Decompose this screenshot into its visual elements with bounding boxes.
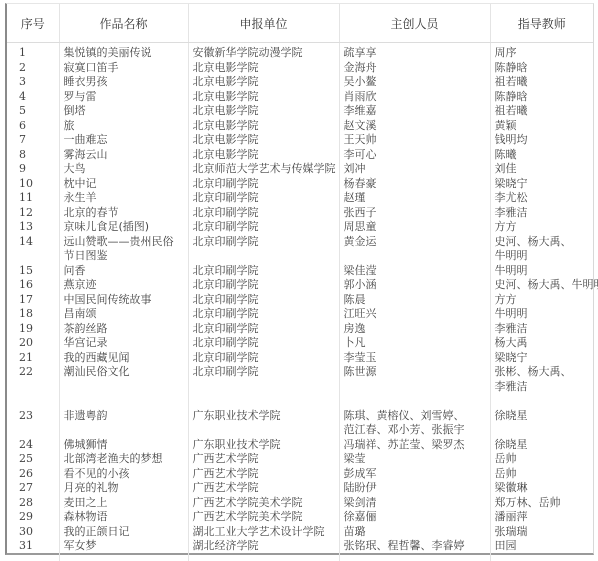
cell-title: 佛城狮情 [60, 438, 188, 453]
cell-unit: 广西艺术学院 [189, 452, 339, 467]
cell-advisors: 潘丽萍 [491, 510, 594, 525]
cell-title: 大鸟 [60, 162, 188, 177]
table-body-row: 1234567891011121314 1516171819202122 23 … [7, 43, 593, 561]
cell-no: 5 [7, 104, 59, 119]
cell-no: 18 [7, 307, 59, 322]
awards-table-frame: 序号 作品名称 申报单位 主创人员 指导教师 12345678910111213… [5, 3, 594, 555]
cell-advisors: 田园 [491, 539, 594, 554]
cell-advisors: 岳帅 [491, 452, 594, 467]
column-creators: 疏享享金海舟吴小鳌肖雨欣李维嘉赵文溪王天帅李可心刘冲杨春豪赵瑾张西子周思童黄金运… [339, 43, 490, 561]
cell-unit: 北京电影学院 [189, 75, 339, 90]
cell-advisors: 徐晓星 [491, 409, 594, 424]
cell-no: 12 [7, 206, 59, 221]
cell-creators: 李可心 [340, 148, 490, 163]
cell-title: 看不见的小孩 [60, 467, 188, 482]
cell-creators: 陈琪、黄榕仪、刘雪婷、 [340, 409, 490, 424]
cell-title: 昌南颂 [60, 307, 188, 322]
header-advisors: 指导教师 [490, 4, 593, 43]
cell-no: 29 [7, 510, 59, 525]
cell-no: 31 [7, 539, 59, 554]
cell-no: 10 [7, 177, 59, 192]
cell-advisors: 徐晓星 [491, 438, 594, 453]
cell-unit: 北京电影学院 [189, 90, 339, 105]
cell-title: 森林物语 [60, 510, 188, 525]
cell-no: 11 [7, 191, 59, 206]
cell-title: 节日图鉴 [60, 249, 188, 264]
cell-advisors: 祖若曦 [491, 104, 594, 119]
cell-creators [340, 249, 490, 264]
cell-advisors: 陈静晗 [491, 61, 594, 76]
cell-title: 潮汕民俗文化 [60, 365, 188, 380]
cell-unit: 北京印刷学院 [189, 235, 339, 250]
cell-title: 军女梦 [60, 539, 188, 554]
cell-no: 25 [7, 452, 59, 467]
cell-unit: 广西艺术学院 [189, 481, 339, 496]
cell-advisors: 李雅洁 [491, 322, 594, 337]
cell-no: 23 [7, 409, 59, 424]
header-creators: 主创人员 [339, 4, 490, 43]
header-no: 序号 [7, 4, 59, 43]
column-unit: 安徽新华学院动漫学院北京电影学院北京电影学院北京电影学院北京电影学院北京电影学院… [188, 43, 339, 561]
cell-advisors [491, 423, 594, 438]
cell-creators: 陈晨 [340, 293, 490, 308]
cell-title: 寂寞口笛手 [60, 61, 188, 76]
cell-advisors: 郑万林、岳帅 [491, 496, 594, 511]
cell-no: 20 [7, 336, 59, 351]
cell-creators: 杨春豪 [340, 177, 490, 192]
cell-creators: 郭小涵 [340, 278, 490, 293]
cell-title: 麦田之上 [60, 496, 188, 511]
cell-creators: 肖雨欣 [340, 90, 490, 105]
cell-advisors: 方方 [491, 220, 594, 235]
cell-no: 8 [7, 148, 59, 163]
table-header-row: 序号 作品名称 申报单位 主创人员 指导教师 [7, 4, 593, 43]
cell-unit: 北京印刷学院 [189, 264, 339, 279]
cell-advisors: 牛明明 [491, 249, 594, 264]
cell-unit [189, 249, 339, 264]
cell-no: 27 [7, 481, 59, 496]
awards-table: 序号 作品名称 申报单位 主创人员 指导教师 12345678910111213… [7, 4, 593, 561]
cell-title: 北京的春节 [60, 206, 188, 221]
cell-no: 28 [7, 496, 59, 511]
column-title: 集悦镇的美丽传说寂寞口笛手睡衣男孩罗与雷倒塔旅一曲难忘雾海云山大鸟枕中记永生羊北… [59, 43, 188, 561]
cell-creators: 赵文溪 [340, 119, 490, 134]
cell-unit: 北京印刷学院 [189, 293, 339, 308]
cell-no: 3 [7, 75, 59, 90]
cell-unit: 北京印刷学院 [189, 177, 339, 192]
cell-advisors: 祖若曦 [491, 75, 594, 90]
cell-creators: 吴小鳌 [340, 75, 490, 90]
cell-title: 我的西藏见闻 [60, 351, 188, 366]
cell-no: 1 [7, 46, 59, 61]
cell-unit: 北京印刷学院 [189, 365, 339, 380]
header-title: 作品名称 [59, 4, 188, 43]
bottom-spacer [60, 554, 188, 561]
cell-title: 睡衣男孩 [60, 75, 188, 90]
cell-advisors: 史河、杨大禹、 [491, 235, 594, 250]
cell-title: 一曲难忘 [60, 133, 188, 148]
cell-title: 永生羊 [60, 191, 188, 206]
cell-no: 15 [7, 264, 59, 279]
cell-no: 26 [7, 467, 59, 482]
cell-creators: 冯瑞祥、苏芷莹、梁罗杰 [340, 438, 490, 453]
cell-title: 集悦镇的美丽传说 [60, 46, 188, 61]
cell-title: 罗与雷 [60, 90, 188, 105]
cell-unit: 北京印刷学院 [189, 206, 339, 221]
cell-title: 中国民间传统故事 [60, 293, 188, 308]
cell-title [60, 380, 188, 395]
cell-unit: 广西艺术学院美术学院 [189, 510, 339, 525]
cell-advisors [491, 394, 594, 409]
column-advisors: 周序陈静晗祖若曦陈静晗祖若曦黄颖钱明均陈曦刘佳梁晓宁李尤松李雅洁方方史河、杨大禹… [490, 43, 593, 561]
cell-advisors: 陈曦 [491, 148, 594, 163]
cell-no: 30 [7, 525, 59, 540]
cell-advisors: 张彬、杨大禹、 [491, 365, 594, 380]
cell-unit: 北京印刷学院 [189, 336, 339, 351]
cell-advisors: 钱明均 [491, 133, 594, 148]
cell-creators: 周思童 [340, 220, 490, 235]
bottom-spacer [189, 554, 339, 561]
cell-creators: 张铭珉、程哲馨、李睿婷 [340, 539, 490, 554]
cell-creators: 梁佳滢 [340, 264, 490, 279]
cell-unit: 北京电影学院 [189, 104, 339, 119]
cell-unit [189, 394, 339, 409]
cell-advisors: 刘佳 [491, 162, 594, 177]
cell-unit: 广东职业技术学院 [189, 409, 339, 424]
cell-creators: 刘冲 [340, 162, 490, 177]
cell-unit: 广西艺术学院美术学院 [189, 496, 339, 511]
cell-unit: 湖北经济学院 [189, 539, 339, 554]
column-no: 1234567891011121314 1516171819202122 23 … [7, 43, 59, 561]
cell-advisors: 梁晓宁 [491, 177, 594, 192]
cell-advisors: 李尤松 [491, 191, 594, 206]
cell-creators: 苗璐 [340, 525, 490, 540]
cell-creators: 陆盼伊 [340, 481, 490, 496]
cell-advisors: 李雅洁 [491, 380, 594, 395]
cell-no: 9 [7, 162, 59, 177]
cell-no [7, 423, 59, 438]
cell-title: 月亮的礼物 [60, 481, 188, 496]
cell-creators [340, 394, 490, 409]
cell-creators: 赵瑾 [340, 191, 490, 206]
cell-advisors: 梁徽琳 [491, 481, 594, 496]
cell-creators: 江旺兴 [340, 307, 490, 322]
cell-no: 22 [7, 365, 59, 380]
cell-no: 21 [7, 351, 59, 366]
cell-no: 7 [7, 133, 59, 148]
cell-no: 6 [7, 119, 59, 134]
cell-advisors: 周序 [491, 46, 594, 61]
cell-unit: 安徽新华学院动漫学院 [189, 46, 339, 61]
cell-advisors: 牛明明 [491, 307, 594, 322]
cell-advisors: 张瑞瑞 [491, 525, 594, 540]
cell-title: 雾海云山 [60, 148, 188, 163]
cell-unit: 湖北工业大学艺术设计学院 [189, 525, 339, 540]
cell-creators: 李莹玉 [340, 351, 490, 366]
cell-no [7, 249, 59, 264]
cell-unit: 北京印刷学院 [189, 351, 339, 366]
cell-advisors: 梁晓宁 [491, 351, 594, 366]
cell-unit: 北京印刷学院 [189, 191, 339, 206]
cell-advisors: 陈静晗 [491, 90, 594, 105]
cell-creators: 梁剑清 [340, 496, 490, 511]
cell-creators: 黄金运 [340, 235, 490, 250]
cell-creators: 房逸 [340, 322, 490, 337]
cell-title [60, 394, 188, 409]
cell-advisors: 牛明明 [491, 264, 594, 279]
cell-unit: 北京印刷学院 [189, 322, 339, 337]
cell-advisors: 李雅洁 [491, 206, 594, 221]
cell-title: 远山赞歌——贵州民俗 [60, 235, 188, 250]
cell-unit: 北京印刷学院 [189, 278, 339, 293]
cell-title: 倒塔 [60, 104, 188, 119]
cell-creators: 李维嘉 [340, 104, 490, 119]
cell-title: 华宫记录 [60, 336, 188, 351]
cell-creators: 徐嘉俪 [340, 510, 490, 525]
header-unit: 申报单位 [188, 4, 339, 43]
cell-unit [189, 380, 339, 395]
cell-no [7, 380, 59, 395]
cell-advisors: 方方 [491, 293, 594, 308]
cell-creators: 梁莹 [340, 452, 490, 467]
cell-creators: 范江春、邓小芳、张振宇 [340, 423, 490, 438]
cell-advisors: 黄颖 [491, 119, 594, 134]
cell-no [7, 394, 59, 409]
cell-advisors: 杨大禹 [491, 336, 594, 351]
cell-creators: 陈世源 [340, 365, 490, 380]
bottom-spacer [340, 554, 490, 561]
cell-creators: 彭成军 [340, 467, 490, 482]
cell-no: 24 [7, 438, 59, 453]
cell-unit: 北京电影学院 [189, 119, 339, 134]
cell-no: 2 [7, 61, 59, 76]
cell-title: 燕京迹 [60, 278, 188, 293]
cell-unit: 北京电影学院 [189, 148, 339, 163]
cell-no: 14 [7, 235, 59, 250]
cell-unit: 北京电影学院 [189, 61, 339, 76]
cell-creators: 疏享享 [340, 46, 490, 61]
cell-unit: 广西艺术学院 [189, 467, 339, 482]
cell-title: 非遗粤韵 [60, 409, 188, 424]
cell-unit: 广东职业技术学院 [189, 438, 339, 453]
cell-creators [340, 380, 490, 395]
bottom-spacer [491, 554, 594, 561]
cell-creators: 王天帅 [340, 133, 490, 148]
bottom-spacer [7, 554, 59, 561]
cell-creators: 张西子 [340, 206, 490, 221]
cell-title: 京味儿食足(插图) [60, 220, 188, 235]
cell-no: 13 [7, 220, 59, 235]
cell-advisors: 岳帅 [491, 467, 594, 482]
cell-title: 茶韵丝路 [60, 322, 188, 337]
cell-unit: 北京印刷学院 [189, 220, 339, 235]
cell-title: 枕中记 [60, 177, 188, 192]
cell-no: 19 [7, 322, 59, 337]
cell-unit: 北京电影学院 [189, 133, 339, 148]
cell-creators: 金海舟 [340, 61, 490, 76]
cell-unit: 北京师范大学艺术与传媒学院 [189, 162, 339, 177]
cell-no: 17 [7, 293, 59, 308]
cell-title: 旅 [60, 119, 188, 134]
cell-title: 北部湾老渔夫的梦想 [60, 452, 188, 467]
cell-no: 4 [7, 90, 59, 105]
cell-unit [189, 423, 339, 438]
cell-title [60, 423, 188, 438]
cell-title: 问香 [60, 264, 188, 279]
cell-unit: 北京印刷学院 [189, 307, 339, 322]
cell-no: 16 [7, 278, 59, 293]
cell-title: 我的正颌日记 [60, 525, 188, 540]
cell-creators: 卜凡 [340, 336, 490, 351]
cell-advisors: 史河、杨大禹、牛明明 [491, 278, 594, 293]
